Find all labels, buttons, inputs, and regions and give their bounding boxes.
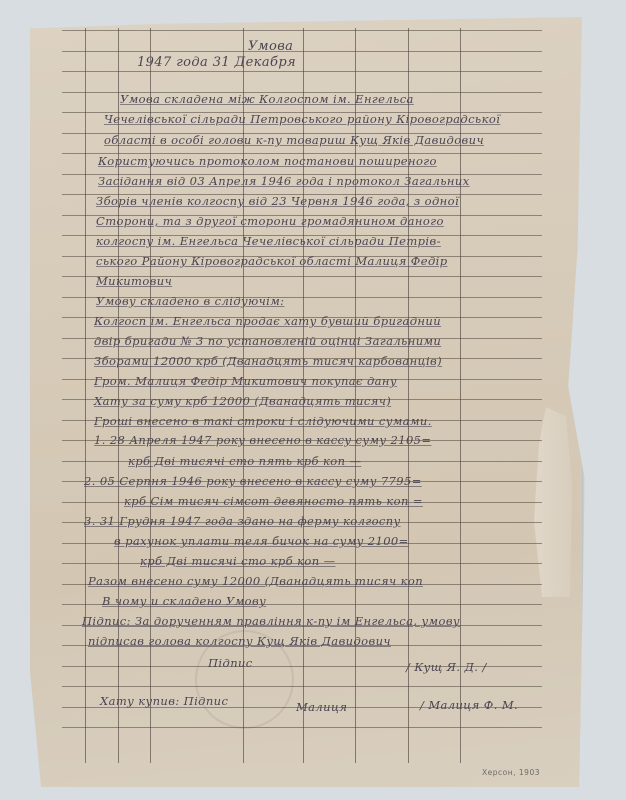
body-line: Хату за суму крб 12000 (Дванадцять тисяч…: [94, 394, 391, 408]
ruled-line: [62, 727, 542, 728]
signature-note: Підпис: За дорученням правління к-пу ім …: [82, 614, 460, 628]
ruled-line: [62, 71, 542, 72]
body-line: Засідання від 03 Апреля 1946 года і прот…: [98, 174, 470, 188]
body-line: Умову складено в слідуючім:: [96, 294, 284, 308]
body-line: Колгосп ім. Енгельса продає хату бувший …: [94, 314, 441, 328]
body-line: Умова складена між Колгоспом ім. Енгельс…: [120, 92, 414, 106]
buyer-signature: Малиця: [296, 700, 347, 714]
document-title: Умова: [248, 39, 293, 54]
payment-line: 2. 05 Серпня 1946 року внесено в кассу с…: [84, 474, 422, 488]
body-line: Гроші внесено в такі строки і слідуючими…: [94, 414, 432, 428]
payment-line: 3. 31 Грудня 1947 года здано на ферму ко…: [84, 514, 401, 528]
body-line: Користуючись протоколом постанови пошире…: [98, 154, 437, 168]
payment-line: крб Сім тисяч сімсот девяносто пять коп …: [124, 494, 423, 508]
document-date: 1947 года 31 Декабря: [137, 55, 296, 70]
printer-mark: Херсон, 1903: [482, 768, 540, 777]
ruled-line: [62, 30, 542, 31]
body-line: двір бригади № 3 по установленій оцінці …: [94, 334, 441, 348]
body-line: Гром. Малиця Федір Микитович покупає дан…: [94, 374, 397, 388]
body-line: Микитович: [96, 274, 172, 288]
chairman-signature: / Кущ Я. Д. /: [406, 660, 487, 674]
ruled-line: [62, 51, 542, 52]
body-line: Сторони, та з другої сторони громадянино…: [96, 214, 444, 228]
body-line: Зборів членів колгоспу від 23 Червня 194…: [96, 194, 459, 208]
column-rule: [85, 28, 86, 763]
body-line: області в особі голови к-пу товариш Кущ …: [104, 133, 484, 147]
body-line: колгоспу ім. Енгельса Чечелівської сільр…: [96, 234, 441, 248]
body-line: В чому и складено Умову: [102, 594, 266, 608]
body-line: ського Району Кіровоградської області Ма…: [96, 254, 447, 268]
payment-line: крб Дві тисячі сто крб коп —: [140, 554, 336, 568]
payment-line: крб Дві тисячі сто пять крб коп —: [128, 454, 361, 468]
buyer-name-signature: / Малиця Ф. М.: [420, 698, 518, 712]
payment-line: 1. 28 Апреля 1947 року внесено в кассу с…: [94, 433, 431, 447]
signature-label: Підпис: [208, 656, 253, 670]
signature-note: підписав голова колгоспу Кущ Яків Давидо…: [88, 634, 391, 648]
total-line: Разом внесено суму 12000 (Дванадцять тис…: [88, 574, 423, 588]
ruled-line: [62, 686, 542, 687]
body-line: Зборами 12000 крб (Дванадцять тисяч карб…: [94, 354, 442, 368]
payment-line: в рахунок уплати теля бичок на суму 2100…: [114, 534, 409, 548]
body-line: Чечелівської сільради Петровського район…: [104, 112, 500, 126]
buyer-signature-label: Хату купив: Підпис: [100, 694, 228, 708]
